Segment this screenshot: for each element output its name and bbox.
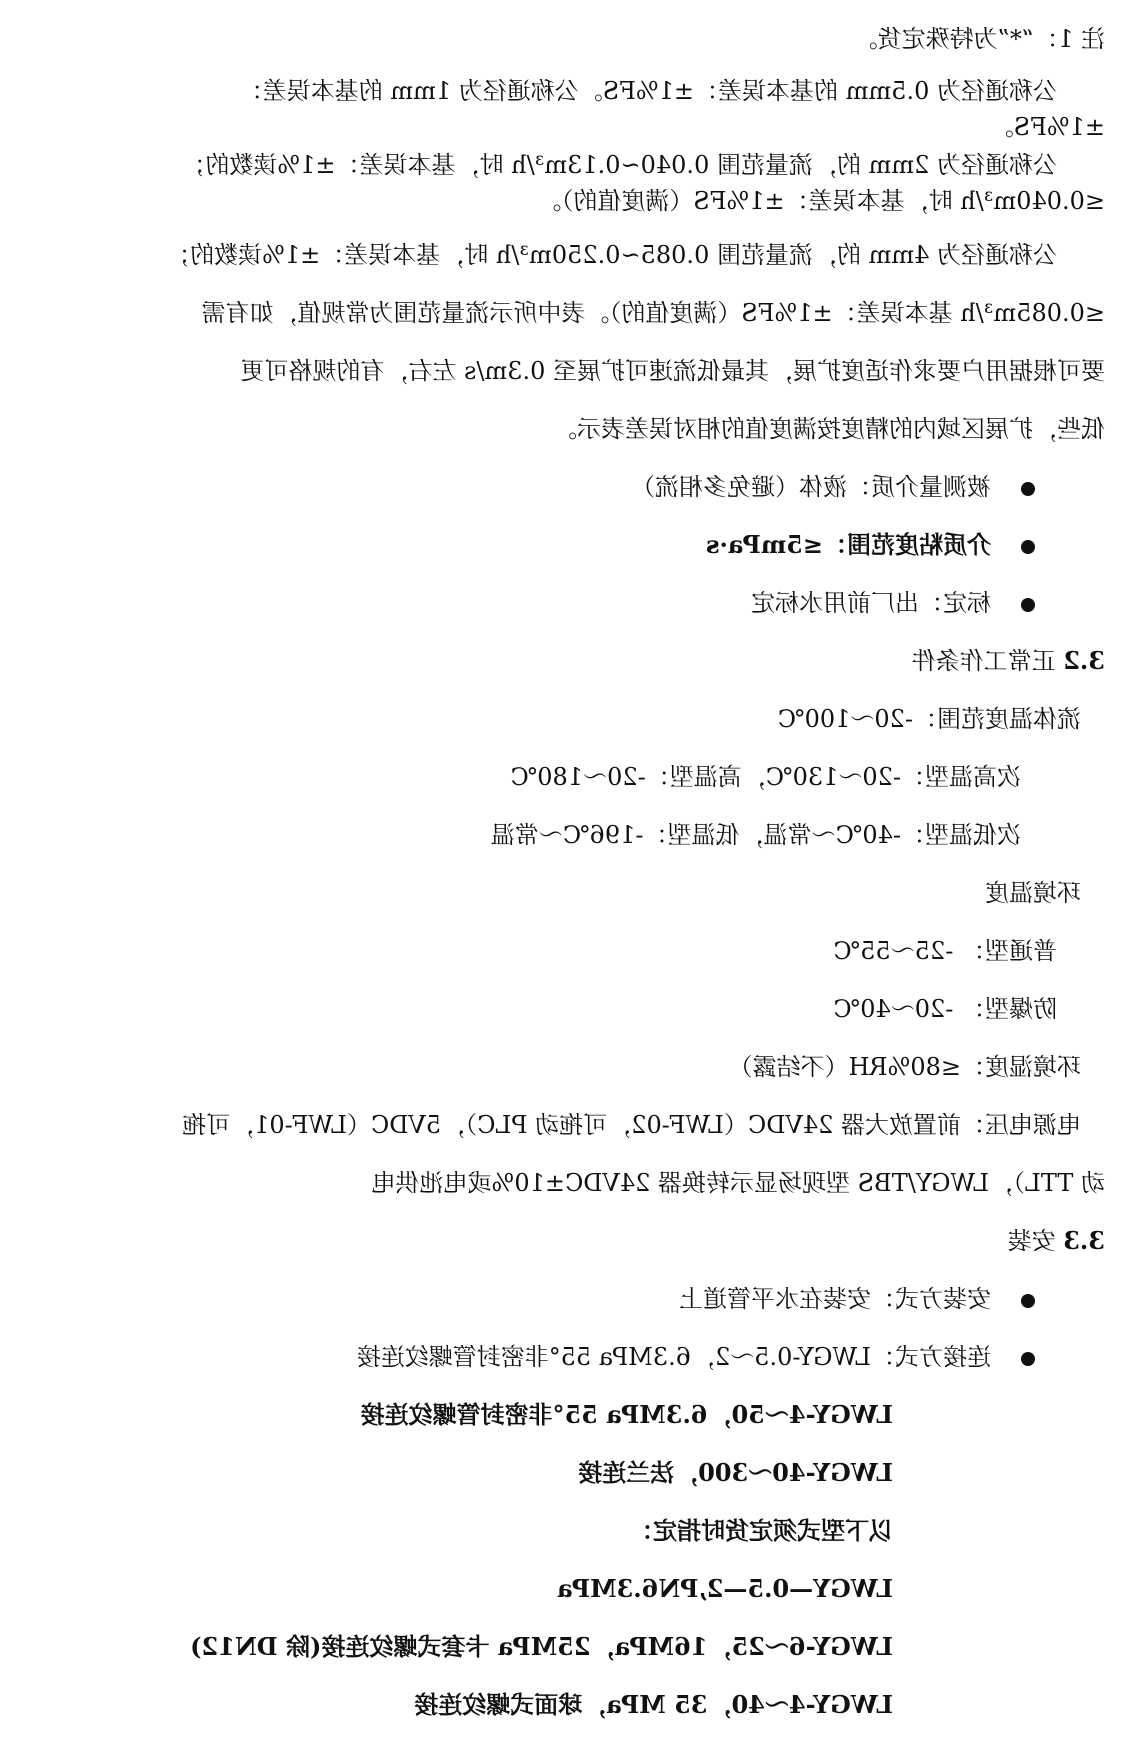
sub-high-temp: 次高温型：-20～130℃，高温型：-20～180℃ bbox=[510, 762, 1021, 792]
humidity: 环境湿度：≤80%RH（不结露） bbox=[729, 1052, 1081, 1082]
power-line2: 动 TTL），LWGY/TBS 型现场显示转换器 24VDC±10%或电池供电 bbox=[372, 1168, 1106, 1198]
note-p1-line2: ±1%FS。 bbox=[990, 112, 1105, 142]
sub-low-temp: 次低温型：-40℃～常温，低温型：-196℃～常温 bbox=[491, 820, 1021, 850]
section-number: 3.3 bbox=[1063, 1226, 1105, 1255]
connect-line3: LWGY-40～300，法兰连接 bbox=[578, 1458, 893, 1488]
order-note: 以下型式须定货时指定： bbox=[629, 1516, 893, 1546]
env-temp: 环境温度 bbox=[985, 878, 1081, 908]
bullet-calibration: 标定：出厂前用水标定 bbox=[751, 588, 1035, 618]
order-item-2: LWGY-6～25，16MPa，25MPa 卡套式螺纹连接(除 DN12) bbox=[190, 1632, 893, 1662]
section-3-2-heading: 3.2 正常工作条件 bbox=[912, 646, 1105, 676]
note-p3-line4: 低些，扩展区域内的精度按满度值的相对误差表示。 bbox=[553, 414, 1105, 444]
fluid-temp: 流体温度范围：-20～100℃ bbox=[778, 704, 1081, 734]
explosion-proof-type: 防爆型： -20～40℃ bbox=[833, 994, 1057, 1024]
note-p3-line3: 要可根据用户要求作适度扩展，其最低流速可扩展至 0.3m/s 左右，有的规格可更 bbox=[240, 356, 1105, 386]
power-line1: 电源电压：前置放大器 24VDC（LWF-02，可拖动 PLC），5VDC（LW… bbox=[182, 1110, 1081, 1140]
note-p3-line2: ≤0.085m³/h 基本误差：±1%FS（满度值的）。表中所示流量范围为常规值… bbox=[201, 298, 1105, 328]
bullet-connect-method: 连接方式：LWGY-0.5～2，6.3MPa 55°非密封管螺纹连接 bbox=[357, 1342, 1035, 1372]
bullet-install-method: 安装方式：安装在水平管道上 bbox=[679, 1284, 1035, 1314]
note-p2-line2: ≤0.040m³/h 时，基本误差：±1%FS（满度值的）。 bbox=[537, 186, 1105, 216]
connect-line2: LWGY-4～50，6.3MPa 55°非密封管螺纹连接 bbox=[361, 1400, 894, 1430]
bullet-medium: 被测量介质：液体（避免多相流） bbox=[631, 472, 1035, 502]
order-item-3: LWGY-4～40，35 MPa，球面式螺纹连接 bbox=[414, 1690, 893, 1720]
note-p3-line1: 公称通径为 4mm 的，流量范围 0.085~0.250m³/h 时，基本误差：… bbox=[166, 240, 1057, 270]
section-number: 3.2 bbox=[1063, 646, 1105, 675]
document-page: 注 1：“*”为特殊定货。 公称通径为 0.5mm 的基本误差：±1%FS。公称… bbox=[0, 0, 1139, 1757]
section-3-3-heading: 3.3 安装 bbox=[1008, 1226, 1105, 1256]
note-title: 注 1：“*”为特殊定货。 bbox=[854, 24, 1105, 54]
normal-type: 普通型： -25～55℃ bbox=[833, 936, 1057, 966]
order-item-1: LWGY—0.5—2,PN6.3MPa bbox=[557, 1574, 893, 1604]
bullet-viscosity: 介质粘度范围：≤5mPa·s bbox=[706, 530, 1035, 560]
section-title: 正常工作条件 bbox=[912, 647, 1056, 675]
section-title: 安装 bbox=[1008, 1227, 1056, 1255]
note-p1-line1: 公称通径为 0.5mm 的基本误差：±1%FS。公称通径为 1mm 的基本误差： bbox=[239, 76, 1057, 106]
note-p2-line1: 公称通径为 2mm 的，流量范围 0.040~0.13m³/h 时，基本误差：±… bbox=[181, 150, 1057, 180]
